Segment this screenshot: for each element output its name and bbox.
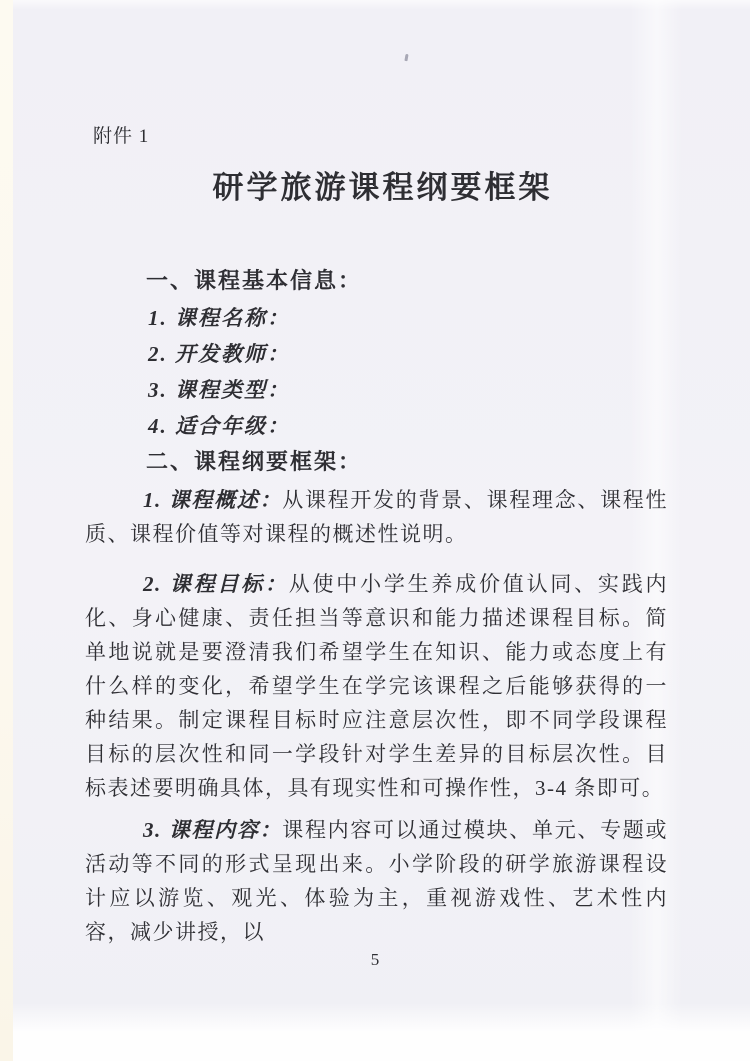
- section-heading-basic-info: 一、课程基本信息：: [146, 268, 668, 294]
- info-item-developing-teacher: 2. 开发教师：: [148, 342, 668, 366]
- section-heading-outline-framework: 二、课程纲要框架：: [146, 449, 668, 475]
- info-item-suitable-grade: 4. 适合年级：: [148, 414, 668, 438]
- attachment-label: 附件 1: [93, 126, 668, 148]
- paragraph-course-overview: 1. 课程概述：从课程开发的背景、课程理念、课程性质、课程价值等对课程的概述性说…: [85, 483, 668, 551]
- paragraph-course-objectives: 2. 课程目标：从使中小学生养成价值认同、实践内化、身心健康、责任担当等意识和能…: [85, 567, 668, 805]
- paragraph-course-content: 3. 课程内容：课程内容可以通过模块、单元、专题或活动等不同的形式呈现出来。小学…: [85, 813, 668, 949]
- info-item-course-type: 3. 课程类型：: [148, 378, 668, 402]
- page-number: 5: [0, 950, 750, 970]
- paragraph-lead-course-objectives: 2. 课程目标：: [143, 572, 289, 596]
- document-title: 研学旅游课程纲要框架: [85, 170, 668, 206]
- page-content: 附件 1 研学旅游课程纲要框架 一、课程基本信息： 1. 课程名称： 2. 开发…: [0, 0, 750, 1061]
- paragraph-body-course-objectives: 从使中小学生养成价值认同、实践内化、身心健康、责任担当等意识和能力描述课程目标。…: [85, 572, 668, 800]
- paragraph-lead-course-content: 3. 课程内容：: [143, 818, 282, 842]
- paragraph-lead-course-overview: 1. 课程概述：: [143, 488, 282, 512]
- info-item-course-name: 1. 课程名称：: [148, 306, 668, 330]
- scanned-document-page: 附件 1 研学旅游课程纲要框架 一、课程基本信息： 1. 课程名称： 2. 开发…: [0, 0, 750, 1061]
